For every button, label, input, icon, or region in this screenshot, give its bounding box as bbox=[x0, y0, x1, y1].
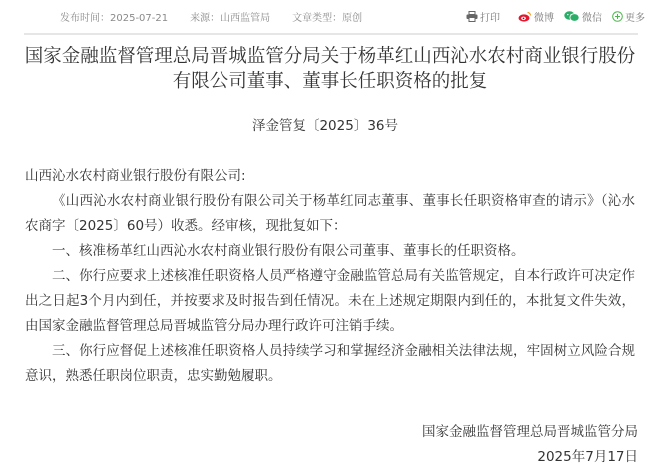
signature-block: 国家金融监督管理总局晋城监管分局 2025年7月17日 bbox=[422, 420, 638, 465]
article-type: 文章类型：原创 bbox=[292, 9, 362, 24]
printer-icon bbox=[466, 11, 478, 22]
paragraph-intro: 《山西沁水农村商业银行股份有限公司关于杨革红同志董事、董事长任职资格审查的请示》… bbox=[25, 189, 635, 239]
publish-time: 发布时间：2025-07-21 bbox=[60, 9, 168, 24]
paragraph-item-1: 一、核准杨革红山西沁水农村商业银行股份有限公司董事、董事长的任职资格。 bbox=[25, 239, 635, 264]
source-value: 山西监管局 bbox=[220, 13, 270, 24]
publish-time-value: 2025-07-21 bbox=[110, 13, 168, 24]
weibo-label: 微博 bbox=[534, 9, 554, 24]
print-label: 打印 bbox=[480, 9, 500, 24]
wechat-label: 微信 bbox=[582, 9, 602, 24]
paragraph-item-3: 三、你行应督促上述核准任职资格人员持续学习和掌握经济金融相关法律法规，牢固树立风… bbox=[25, 339, 635, 389]
signature-organization: 国家金融监督管理总局晋城监管分局 bbox=[422, 420, 638, 445]
more-share-button[interactable]: 更多 bbox=[612, 9, 645, 24]
document-body: 山西沁水农村商业银行股份有限公司: 《山西沁水农村商业银行股份有限公司关于杨革红… bbox=[25, 164, 635, 389]
article-type-label: 文章类型： bbox=[292, 13, 342, 24]
plus-circle-icon bbox=[612, 11, 623, 22]
signature-date: 2025年7月17日 bbox=[422, 445, 638, 465]
publish-time-label: 发布时间： bbox=[60, 13, 110, 24]
wechat-icon bbox=[564, 11, 580, 22]
header-divider bbox=[24, 33, 638, 35]
more-label: 更多 bbox=[625, 9, 645, 24]
source-label: 来源： bbox=[190, 13, 220, 24]
share-toolbar: 打印 微博 微信 更多 bbox=[466, 8, 650, 24]
weibo-share-button[interactable]: 微博 bbox=[518, 9, 554, 24]
addressee: 山西沁水农村商业银行股份有限公司: bbox=[25, 164, 635, 189]
weibo-icon bbox=[518, 11, 532, 22]
source: 来源：山西监管局 bbox=[190, 9, 270, 24]
article-type-value: 原创 bbox=[342, 13, 362, 24]
wechat-share-button[interactable]: 微信 bbox=[564, 9, 602, 24]
print-button[interactable]: 打印 bbox=[466, 9, 500, 24]
paragraph-item-2: 二、你行应要求上述核准任职资格人员严格遵守金融监管总局有关监管规定，自本行政许可… bbox=[25, 264, 635, 339]
article-meta-bar: 发布时间：2025-07-21 来源：山西监管局 文章类型：原创 bbox=[60, 8, 384, 24]
document-number: 泽金管复〔2025〕36号 bbox=[0, 114, 650, 134]
document-title: 国家金融监督管理总局晋城监管分局关于杨革红山西沁水农村商业银行股份有限公司董事、… bbox=[20, 44, 640, 94]
